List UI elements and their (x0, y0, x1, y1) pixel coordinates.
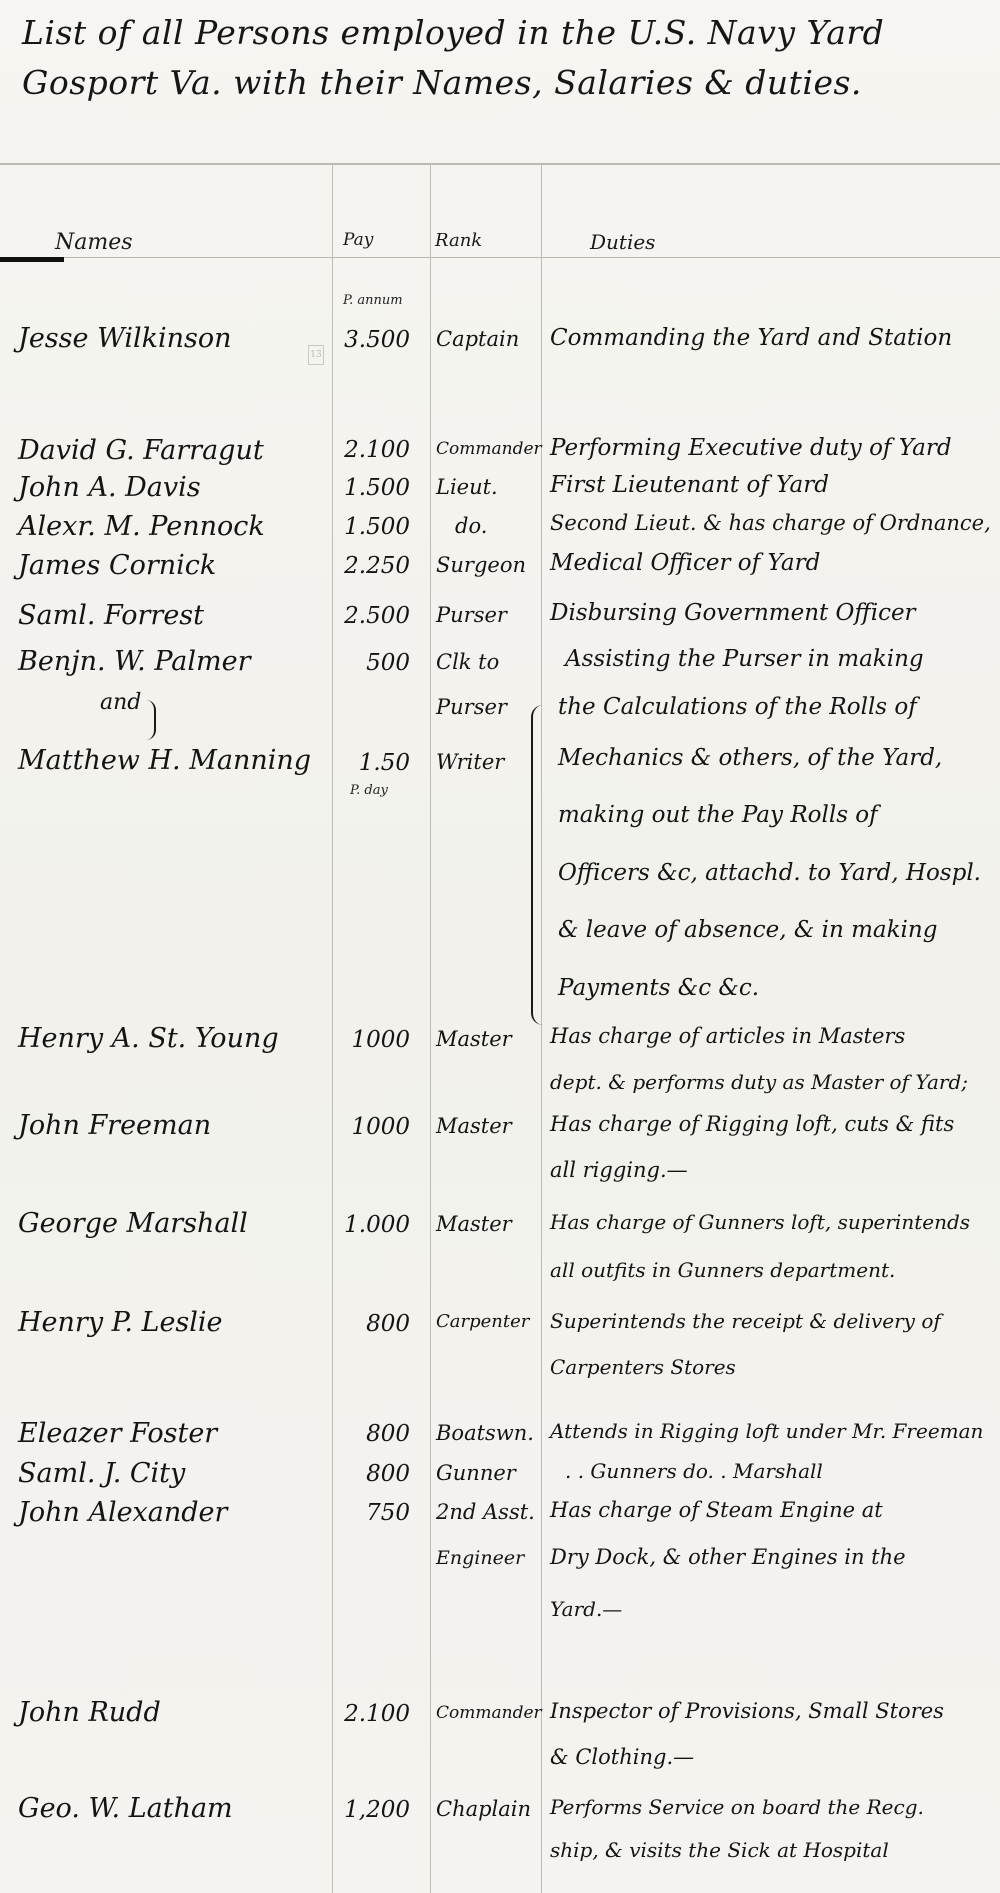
entry-name: Jesse Wilkinson (18, 323, 232, 354)
entry-duty-line: Second Lieut. & has charge of Ordnance, (550, 511, 991, 535)
entry-rank: Master (436, 1212, 512, 1236)
entry-duty-line: Carpenters Stores (550, 1355, 736, 1379)
entry-duty-line: Commanding the Yard and Station (550, 325, 952, 351)
entry-pay: 2.500 (320, 603, 410, 629)
entry-duty-line: ship, & visits the Sick at Hospital (550, 1838, 889, 1862)
entry-pay: 1.50 (320, 750, 410, 776)
entry-rank: Gunner (436, 1461, 516, 1485)
entry-name: Geo. W. Latham (18, 1793, 233, 1824)
entry-name: Matthew H. Manning (18, 745, 311, 776)
per-day-note: P. day (350, 783, 388, 798)
entry-rank: Surgeon (436, 553, 526, 577)
entry-duty-line: Yard.— (550, 1597, 622, 1621)
entry-duty-line: . . Gunners do. . Marshall (565, 1459, 823, 1483)
entry-duty-line: Assisting the Purser in making (565, 646, 924, 672)
entry-name: John Alexander (18, 1497, 227, 1528)
title-line-1: List of all Persons employed in the U.S.… (22, 8, 982, 58)
entry-pay: 800 (320, 1421, 410, 1447)
entry-duty-line: & leave of absence, & in making (558, 917, 937, 943)
title-line-2: Gosport Va. with their Names, Salaries &… (22, 58, 982, 108)
entry-name: Henry P. Leslie (18, 1307, 223, 1338)
entry-pay: 1000 (320, 1114, 410, 1140)
entry-rank: Boatswn. (436, 1421, 534, 1445)
header-rule (0, 257, 1000, 258)
entry-duty-line: Officers &c, attachd. to Yard, Hospl. (558, 860, 981, 886)
column-divider-duties (541, 163, 542, 1893)
entry-name: John A. Davis (18, 472, 201, 503)
entry-name: Eleazer Foster (18, 1418, 217, 1449)
entry-pay: 2.100 (320, 1701, 410, 1727)
entry-rank: Captain (436, 327, 519, 351)
entry-duty-line: Inspector of Provisions, Small Stores (550, 1699, 944, 1723)
entry-rank: 2nd Asst. (436, 1500, 535, 1524)
entry-rank: Writer (436, 750, 504, 774)
column-header-pay: Pay (343, 230, 373, 250)
entry-pay: 2.100 (320, 437, 410, 463)
entry-rank-continued: Purser (436, 695, 507, 719)
entry-pay: 1.500 (320, 475, 410, 501)
entry-duty-line: Mechanics & others, of the Yard, (558, 745, 942, 771)
entry-duty-line: Performs Service on board the Recg. (550, 1795, 924, 1819)
entry-name: George Marshall (18, 1208, 248, 1239)
entry-duty-line: Dry Dock, & other Engines in the (550, 1545, 906, 1569)
entry-duty-line: Has charge of articles in Masters (550, 1024, 905, 1048)
entry-name: John Freeman (18, 1110, 211, 1141)
entry-pay: 1,200 (320, 1797, 410, 1823)
entry-pay: 1000 (320, 1027, 410, 1053)
entry-pay: 800 (320, 1461, 410, 1487)
entry-rank: do. (455, 514, 487, 538)
entry-rank: Master (436, 1114, 512, 1138)
entry-name: David G. Farragut (18, 435, 264, 466)
entry-rank: Master (436, 1027, 512, 1051)
entry-duty-line: making out the Pay Rolls of (558, 802, 878, 828)
per-annum-note: P. annum (343, 293, 403, 308)
entry-rank: Commander (436, 1703, 542, 1723)
entry-duty-line: Has charge of Rigging loft, cuts & fits (550, 1112, 954, 1136)
column-header-duties: Duties (590, 230, 655, 254)
entry-rank: Lieut. (436, 475, 498, 499)
entry-name-prefix: and (100, 690, 141, 715)
document-page (0, 0, 1000, 1893)
entry-duty-line: Performing Executive duty of Yard (550, 435, 952, 461)
entry-rank: Carpenter (436, 1311, 529, 1332)
column-divider-rank (430, 163, 431, 1893)
entry-pay: 1.500 (320, 514, 410, 540)
entry-pay: 2.250 (320, 553, 410, 579)
entry-duty-line: dept. & performs duty as Master of Yard; (550, 1070, 968, 1094)
entry-name: Benjn. W. Palmer (18, 646, 251, 677)
document-title: List of all Persons employed in the U.S.… (22, 8, 982, 108)
header-ink-mark (0, 257, 64, 262)
entry-name: James Cornick (18, 550, 216, 581)
entry-pay: 1.000 (320, 1212, 410, 1238)
entry-duty-line: Attends in Rigging loft under Mr. Freema… (550, 1419, 983, 1443)
column-header-rank: Rank (435, 230, 482, 251)
entry-pay: 3.500 (320, 327, 410, 353)
entry-duty-line: all rigging.— (550, 1158, 688, 1182)
name-brace (144, 700, 156, 740)
entry-pay: 500 (320, 650, 410, 676)
entry-duty-line: First Lieutenant of Yard (550, 472, 829, 498)
column-header-names: Names (55, 230, 133, 255)
entry-name: Alexr. M. Pennock (18, 511, 265, 542)
entry-rank: Purser (436, 603, 507, 627)
entry-rank: Clk to (436, 650, 499, 674)
entry-duty-line: Has charge of Steam Engine at (550, 1498, 883, 1522)
entry-name: Saml. Forrest (18, 600, 204, 631)
entry-pay: 750 (320, 1500, 410, 1526)
grouping-brace (531, 705, 549, 1025)
entry-rank-continued: Engineer (436, 1547, 524, 1569)
entry-pay: 800 (320, 1311, 410, 1337)
entry-rank: Commander (436, 439, 542, 459)
entry-duty-line: & Clothing.— (550, 1745, 694, 1769)
entry-duty-line: all outfits in Gunners department. (550, 1258, 895, 1282)
top-rule (0, 163, 1000, 165)
entry-name: John Rudd (18, 1697, 161, 1728)
entry-duty-line: Payments &c &c. (558, 975, 759, 1001)
entry-duty-line: the Calculations of the Rolls of (558, 694, 917, 720)
entry-duty-line: Medical Officer of Yard (550, 550, 820, 576)
entry-rank: Chaplain (436, 1797, 531, 1821)
entry-duty-line: Has charge of Gunners loft, superintends (550, 1210, 970, 1234)
entry-duty-line: Disbursing Government Officer (550, 600, 916, 626)
entry-name: Henry A. St. Young (18, 1023, 279, 1054)
entry-name: Saml. J. City (18, 1458, 185, 1489)
entry-duty-line: Superintends the receipt & delivery of (550, 1309, 941, 1333)
